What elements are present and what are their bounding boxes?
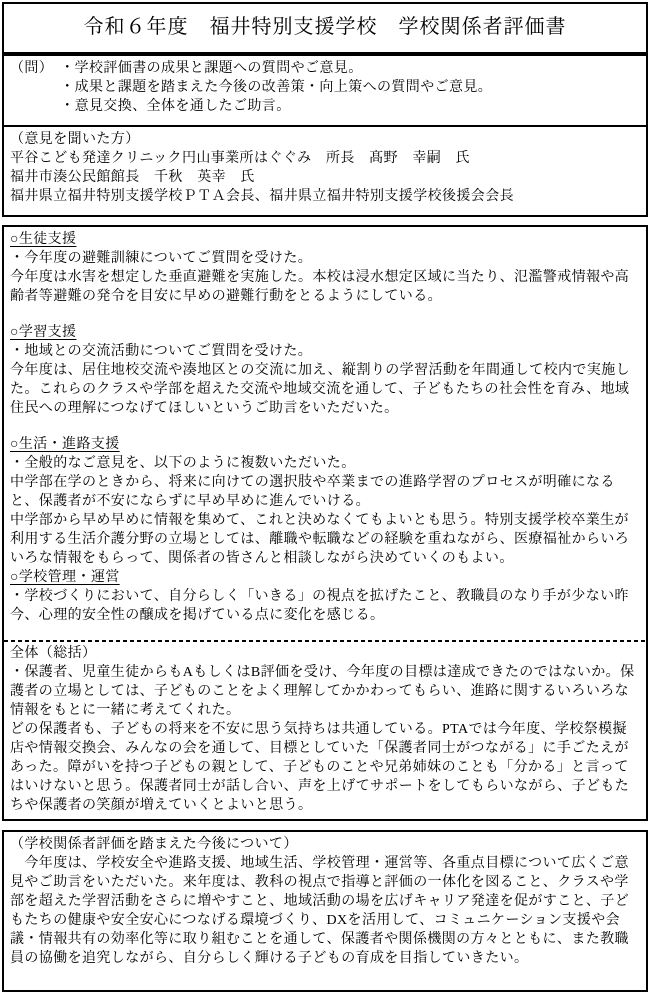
section-overall-summary: 全体（総括） ・保護者、児童生徒からもAもしくはB評価を受け、今年度の目標は達成…	[10, 644, 640, 815]
section-heading: ○学校管理・運営	[10, 568, 640, 587]
page-title: 令和６年度 福井特別支援学校 学校関係者評価書	[10, 15, 640, 39]
opinions-box: ○生徒支援 ・今年度の避難訓練についてご質問を受けた。 今年度は水害を想定した垂…	[2, 225, 648, 821]
summary-paragraph: ・保護者、児童生徒からもAもしくはB評価を受け、今年度の目標は達成できたのではな…	[10, 663, 640, 720]
question-row: （問） ・学校評価書の成果と課題への質問やご意見。 ・成果と課題を踏まえた今後の…	[10, 59, 640, 116]
interviewees-box: （意見を聞いた方） 平谷こども発達クリニック円山事業所はぐぐみ 所長 髙野 幸嗣…	[2, 127, 648, 217]
section-life-career-support: ○生活・進路支援 ・全般的なご意見を、以下のように複数いただいた。 中学部在学の…	[10, 435, 640, 568]
section-learning-support: ○学習支援 ・地域との交流活動についてご質問を受けた。 今年度は、居住地校交流や…	[10, 323, 640, 418]
question-item: ・学校評価書の成果と課題への質問やご意見。	[60, 59, 492, 78]
dashed-divider	[4, 640, 646, 642]
section-student-support: ○生徒支援 ・今年度の避難訓練についてご質問を受けた。 今年度は水害を想定した垂…	[10, 230, 640, 306]
question-label: （問）	[10, 59, 53, 78]
future-heading: （学校関係者評価を踏まえた今後について）	[10, 835, 640, 854]
section-paragraph: 中学部から早め早めに情報を集めて、これと決めなくてもよいとも思う。特別支援学校卒…	[10, 511, 640, 568]
section-heading: ○生活・進路支援	[10, 435, 640, 454]
question-items: ・学校評価書の成果と課題への質問やご意見。 ・成果と課題を踏まえた今後の改善策・…	[60, 59, 492, 116]
section-heading: ○生徒支援	[10, 230, 640, 249]
summary-heading: 全体（総括）	[10, 644, 640, 663]
document-page: 令和６年度 福井特別支援学校 学校関係者評価書 （問） ・学校評価書の成果と課題…	[0, 0, 650, 994]
interviewee-line: 福井市湊公民館館長 千秋 英幸 氏	[10, 168, 640, 187]
question-box: （問） ・学校評価書の成果と課題への質問やご意見。 ・成果と課題を踏まえた今後の…	[2, 54, 648, 127]
section-school-management: ○学校管理・運営 ・学校づくりにおいて、自分らしく「いきる」の視点を拡げたこと、…	[10, 568, 640, 625]
section-paragraph: ・今年度の避難訓練についてご質問を受けた。	[10, 249, 640, 268]
section-paragraph: 今年度は、居住地校交流や湊地区との交流に加え、縦割りの学習活動を年間通して校内で…	[10, 361, 640, 418]
question-item: ・意見交換、全体を通したご助言。	[60, 97, 492, 116]
interviewee-line: 平谷こども発達クリニック円山事業所はぐぐみ 所長 髙野 幸嗣 氏	[10, 149, 640, 168]
future-box: （学校関係者評価を踏まえた今後について） 今年度は、学校安全や進路支援、地域生活…	[2, 830, 648, 992]
section-spacer	[10, 306, 640, 323]
section-spacer	[10, 418, 640, 435]
title-box: 令和６年度 福井特別支援学校 学校関係者評価書	[2, 2, 648, 54]
interviewees-heading: （意見を聞いた方）	[10, 130, 640, 149]
section-paragraph: ・地域との交流活動についてご質問を受けた。	[10, 342, 640, 361]
section-paragraph: 中学部在学のときから、将来に向けての選択肢や卒業までの進路学習のプロセスが明確に…	[10, 473, 640, 511]
section-paragraph: ・学校づくりにおいて、自分らしく「いきる」の視点を拡げたこと、教職員のなり手が少…	[10, 587, 640, 625]
summary-paragraph: どの保護者も、子どもの将来を不安に思う気持ちは共通している。PTAでは今年度、学…	[10, 720, 640, 815]
section-heading: ○学習支援	[10, 323, 640, 342]
future-body: 今年度は、学校安全や進路支援、地域生活、学校管理・運営等、各重点目標について広く…	[10, 854, 640, 968]
section-paragraph: 今年度は水害を想定した垂直避難を実施した。本校は浸水想定区域に当たり、氾濫警戒情…	[10, 268, 640, 306]
question-item: ・成果と課題を踏まえた今後の改善策・向上策への質問やご意見。	[60, 78, 492, 97]
section-paragraph: ・全般的なご意見を、以下のように複数いただいた。	[10, 454, 640, 473]
interviewee-line: 福井県立福井特別支援学校ＰＴＡ会長、福井県立福井特別支援学校後援会会長	[10, 187, 640, 206]
